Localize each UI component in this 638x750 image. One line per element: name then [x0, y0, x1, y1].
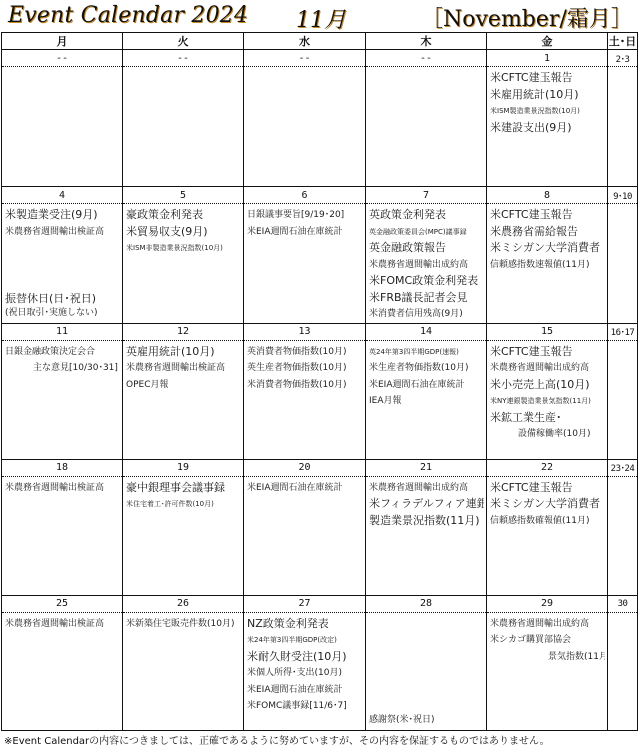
event-item: 米雇用統計(10月) — [490, 87, 605, 104]
event-item: 米製造業受注(9月) — [5, 207, 120, 224]
event-list — [608, 204, 637, 323]
date-cell-thu: 21 — [366, 459, 487, 476]
date-cell-tue: 26 — [123, 595, 244, 612]
date-cell-weekend: 30 — [608, 595, 638, 612]
event-item: 米消費者信用残高(9月) — [369, 306, 484, 323]
date-cell-tue: 19 — [123, 459, 244, 476]
event-list: 米農務省週間輸出検証高 — [2, 613, 122, 730]
day-cell-thu[interactable]: 英政策金利発表英金融政策委員会(MPC)議事録英金融政策報告米農務省週間輸出成約… — [366, 204, 487, 324]
date-row: 111213141516･17 — [2, 323, 638, 340]
day-cell-mon[interactable]: 米農務省週間輸出検証高 — [2, 612, 123, 730]
month-number: 11月 — [296, 3, 346, 34]
month-name-label: ［November/霜月］ — [421, 2, 633, 33]
day-cell-thu[interactable]: 米農務省週間輸出成約高米フィラデルフィア連銀製造業景況指数(11月) — [366, 476, 487, 595]
event-item: 米EIA週間石油在庫統計 — [247, 682, 363, 699]
event-item: OPEC月報 — [126, 377, 241, 394]
event-item: 米FOMC議事録[11/6･7] — [247, 698, 363, 715]
day-cell-tue[interactable]: 英雇用統計(10月)米農務省週間輸出検証高OPEC月報 — [123, 340, 244, 459]
event-item: 米農務省週間輸出検証高 — [126, 360, 241, 377]
event-list: 米農務省週間輸出成約高米フィラデルフィア連銀製造業景況指数(11月) — [366, 477, 486, 595]
day-cell-thu[interactable] — [366, 67, 487, 187]
date-row: 456789･10 — [2, 187, 638, 204]
weekday-fri: 金 — [487, 33, 608, 50]
day-cell-weekend[interactable] — [608, 340, 638, 459]
event-item: 豪中銀理事会議事録 — [126, 480, 241, 497]
date-cell-fri: 15 — [487, 323, 608, 340]
event-row: 米CFTC建玉報告米雇用統計(10月)米ISM製造業景況指数(10月)米建設支出… — [2, 67, 638, 187]
day-cell-mon[interactable] — [2, 67, 123, 187]
event-list: 米製造業受注(9月)米農務省週間輸出検証高振替休日(日･祝日)(祝日取引･実施し… — [2, 204, 122, 323]
day-cell-thu[interactable]: 英24年第3四半期GDP(速報)米生産者物価指数(10月)米EIA週間石油在庫統… — [366, 340, 487, 459]
event-list — [608, 477, 637, 595]
date-cell-weekend: 16･17 — [608, 323, 638, 340]
event-item: 米農務省需給報告 — [490, 224, 605, 241]
event-item: 設備稼働率(10月) — [490, 426, 605, 443]
event-item: 米農務省週間輸出成約高 — [490, 616, 605, 633]
event-row: 米農務省週間輸出検証高豪中銀理事会議事録米住宅着工･許可件数(10月)米EIA週… — [2, 476, 638, 595]
day-cell-thu[interactable]: 感謝祭(米･祝日) — [366, 612, 487, 730]
date-cell-weekend: 23･24 — [608, 459, 638, 476]
date-cell-wed: 13 — [244, 323, 366, 340]
event-item: 米フィラデルフィア連銀 — [369, 496, 484, 513]
date-cell-fri: 1 — [487, 50, 608, 67]
event-item: 製造業景況指数(11月) — [369, 513, 484, 530]
event-item: 米農務省週間輸出成約高 — [490, 360, 605, 377]
event-list: 英雇用統計(10月)米農務省週間輸出検証高OPEC月報 — [123, 341, 243, 459]
event-list: 米CFTC建玉報告米農務省週間輸出成約高米小売売上高(10月)米NY連銀製造業景… — [487, 341, 607, 459]
day-cell-fri[interactable]: 米CFTC建玉報告米ミシガン大学消費者信頼感指数確報値(11月) — [487, 476, 608, 595]
event-item: 米ISM製造業景況指数(10月) — [490, 103, 605, 120]
event-item: 米個人所得･支出(10月) — [247, 665, 363, 682]
day-cell-tue[interactable]: 米新築住宅販売件数(10月) — [123, 612, 244, 730]
event-item: 米ミシガン大学消費者 — [490, 240, 605, 257]
event-item: 英政策金利発表 — [369, 207, 484, 224]
event-item: 英金融政策委員会(MPC)議事録 — [369, 224, 484, 241]
event-item: 米CFTC建玉報告 — [490, 70, 605, 87]
day-cell-mon[interactable]: 日銀金融政策決定会合主な意見[10/30･31] — [2, 340, 123, 459]
event-item: 米ミシガン大学消費者 — [490, 496, 605, 513]
date-cell-thu: 28 — [366, 595, 487, 612]
weekday-weekend: 土･日 — [608, 33, 638, 50]
event-item: 米FRB議長記者会見 — [369, 290, 484, 307]
date-cell-thu: 7 — [366, 187, 487, 204]
date-cell-fri: 22 — [487, 459, 608, 476]
weekday-header-row: 月 火 水 木 金 土･日 — [2, 33, 638, 50]
event-list: 米CFTC建玉報告米雇用統計(10月)米ISM製造業景況指数(10月)米建設支出… — [487, 67, 607, 186]
event-item: 米シカゴ購買部協会 — [490, 632, 605, 649]
date-cell-wed: 6 — [244, 187, 366, 204]
calendar-title: Event Calendar 2024 — [8, 3, 248, 28]
day-cell-fri[interactable]: 米CFTC建玉報告米農務省週間輸出成約高米小売売上高(10月)米NY連銀製造業景… — [487, 340, 608, 459]
date-cell-mon: 25 — [2, 595, 123, 612]
event-item: 米消費者物価指数(10月) — [247, 377, 363, 394]
day-cell-mon[interactable]: 米農務省週間輸出検証高 — [2, 476, 123, 595]
event-item: 米建設支出(9月) — [490, 120, 605, 137]
event-item: 英雇用統計(10月) — [126, 344, 241, 361]
day-cell-fri[interactable]: 米CFTC建玉報告米農務省需給報告米ミシガン大学消費者信頼感指数速報値(11月) — [487, 204, 608, 324]
event-item: 日銀金融政策決定会合 — [5, 344, 120, 361]
event-list: 米農務省週間輸出成約高米シカゴ購買部協会景気指数(11月) — [487, 613, 607, 730]
event-list: 豪中銀理事会議事録米住宅着工･許可件数(10月) — [123, 477, 243, 595]
holiday-note-text: 感謝祭(米･祝日) — [369, 713, 435, 728]
date-cell-fri: 8 — [487, 187, 608, 204]
weekday-mon: 月 — [2, 33, 123, 50]
date-cell-weekend: 2･3 — [608, 50, 638, 67]
event-item: 信頼感指数確報値(11月) — [490, 513, 605, 530]
day-cell-tue[interactable] — [123, 67, 244, 187]
day-cell-weekend[interactable] — [608, 204, 638, 324]
event-item: 米新築住宅販売件数(10月) — [126, 616, 241, 633]
event-item: 米農務省週間輸出成約高 — [369, 480, 484, 497]
event-item: 米住宅着工･許可件数(10月) — [126, 496, 241, 513]
event-item: 米貿易収支(9月) — [126, 224, 241, 241]
holiday-note: 感謝祭(米･祝日) — [369, 713, 435, 728]
event-list: 感謝祭(米･祝日) — [366, 613, 486, 730]
event-list — [123, 67, 243, 186]
date-cell-tue: 5 — [123, 187, 244, 204]
event-item: IEA月報 — [369, 393, 484, 410]
date-row: --------12･3 — [2, 50, 638, 67]
event-row: 米農務省週間輸出検証高米新築住宅販売件数(10月)NZ政策金利発表米24年第3四… — [2, 612, 638, 730]
event-item: 信頼感指数速報値(11月) — [490, 257, 605, 274]
event-list — [608, 613, 637, 730]
day-cell-wed[interactable]: 米EIA週間石油在庫統計 — [244, 476, 366, 595]
event-item: 日銀議事要旨[9/19･20] — [247, 207, 363, 224]
event-row: 米製造業受注(9月)米農務省週間輸出検証高振替休日(日･祝日)(祝日取引･実施し… — [2, 204, 638, 324]
date-row: 181920212223･24 — [2, 459, 638, 476]
event-item: 米EIA週間石油在庫統計 — [247, 224, 363, 241]
event-list: 豪政策金利発表米貿易収支(9月)米ISM非製造業景況指数(10月) — [123, 204, 243, 323]
event-list — [366, 67, 486, 186]
date-cell-fri: 29 — [487, 595, 608, 612]
day-cell-weekend[interactable] — [608, 612, 638, 730]
event-list: 米CFTC建玉報告米ミシガン大学消費者信頼感指数確報値(11月) — [487, 477, 607, 595]
event-item: 米FOMC政策金利発表 — [369, 273, 484, 290]
event-item: 米ISM非製造業景況指数(10月) — [126, 240, 241, 257]
calendar-grid: 月 火 水 木 金 土･日 --------12･3米CFTC建玉報告米雇用統計… — [1, 32, 638, 731]
event-list: 英24年第3四半期GDP(速報)米生産者物価指数(10月)米EIA週間石油在庫統… — [366, 341, 486, 459]
weekday-thu: 木 — [366, 33, 487, 50]
event-list — [608, 341, 637, 459]
holiday-note-text: 振替休日(日･祝日) — [5, 291, 98, 306]
event-item: 豪政策金利発表 — [126, 207, 241, 224]
event-item: 米農務省週間輸出検証高 — [5, 224, 120, 241]
day-cell-wed[interactable]: 英消費者物価指数(10月)英生産者物価指数(10月)米消費者物価指数(10月) — [244, 340, 366, 459]
event-list: 米新築住宅販売件数(10月) — [123, 613, 243, 730]
event-item: 米農務省週間輸出検証高 — [5, 616, 120, 633]
event-list: 日銀議事要旨[9/19･20]米EIA週間石油在庫統計 — [244, 204, 365, 323]
day-cell-fri[interactable]: 米CFTC建玉報告米雇用統計(10月)米ISM製造業景況指数(10月)米建設支出… — [487, 67, 608, 187]
event-list: 米CFTC建玉報告米農務省需給報告米ミシガン大学消費者信頼感指数速報値(11月) — [487, 204, 607, 323]
weekday-tue: 火 — [123, 33, 244, 50]
event-list: 米農務省週間輸出検証高 — [2, 477, 122, 595]
day-cell-mon[interactable]: 米製造業受注(9月)米農務省週間輸出検証高振替休日(日･祝日)(祝日取引･実施し… — [2, 204, 123, 324]
event-item: 米生産者物価指数(10月) — [369, 360, 484, 377]
date-cell-thu: -- — [366, 50, 487, 67]
event-list — [2, 67, 122, 186]
date-cell-mon: 11 — [2, 323, 123, 340]
event-item: 米CFTC建玉報告 — [490, 344, 605, 361]
event-item: 英24年第3四半期GDP(速報) — [369, 344, 484, 361]
event-item: 英金融政策報告 — [369, 240, 484, 257]
date-cell-mon: 4 — [2, 187, 123, 204]
date-cell-tue: 12 — [123, 323, 244, 340]
date-row: 252627282930 — [2, 595, 638, 612]
day-cell-wed[interactable]: NZ政策金利発表米24年第3四半期GDP(改定)米耐久財受注(10月)米個人所得… — [244, 612, 366, 730]
event-list: NZ政策金利発表米24年第3四半期GDP(改定)米耐久財受注(10月)米個人所得… — [244, 613, 365, 730]
date-cell-tue: -- — [123, 50, 244, 67]
event-row: 日銀金融政策決定会合主な意見[10/30･31]英雇用統計(10月)米農務省週間… — [2, 340, 638, 459]
event-item: 米小売売上高(10月) — [490, 377, 605, 394]
holiday-note-text: (祝日取引･実施しない) — [5, 306, 98, 321]
event-item: 主な意見[10/30･31] — [5, 360, 120, 377]
event-item: NZ政策金利発表 — [247, 616, 363, 633]
day-cell-weekend[interactable] — [608, 476, 638, 595]
disclaimer-note: ※Event Calendarの内容につきましては、正確であるように努めています… — [4, 732, 550, 747]
event-list: 米EIA週間石油在庫統計 — [244, 477, 365, 595]
date-cell-wed: 20 — [244, 459, 366, 476]
holiday-note: 振替休日(日･祝日)(祝日取引･実施しない) — [5, 291, 98, 321]
event-item: 米24年第3四半期GDP(改定) — [247, 632, 363, 649]
day-cell-tue[interactable]: 豪中銀理事会議事録米住宅着工･許可件数(10月) — [123, 476, 244, 595]
event-list — [608, 67, 637, 186]
event-item: 米EIA週間石油在庫統計 — [247, 480, 363, 497]
date-cell-mon: -- — [2, 50, 123, 67]
date-cell-wed: -- — [244, 50, 366, 67]
event-list: 英政策金利発表英金融政策委員会(MPC)議事録英金融政策報告米農務省週間輸出成約… — [366, 204, 486, 323]
day-cell-wed[interactable]: 日銀議事要旨[9/19･20]米EIA週間石油在庫統計 — [244, 204, 366, 324]
event-list — [244, 67, 365, 186]
event-item: 米CFTC建玉報告 — [490, 480, 605, 497]
event-item: 米鉱工業生産･ — [490, 410, 605, 427]
event-item: 米EIA週間石油在庫統計 — [369, 377, 484, 394]
event-item: 英生産者物価指数(10月) — [247, 360, 363, 377]
date-cell-wed: 27 — [244, 595, 366, 612]
date-cell-mon: 18 — [2, 459, 123, 476]
event-item: 米耐久財受注(10月) — [247, 649, 363, 666]
date-cell-thu: 14 — [366, 323, 487, 340]
day-cell-fri[interactable]: 米農務省週間輸出成約高米シカゴ購買部協会景気指数(11月) — [487, 612, 608, 730]
event-item: 英消費者物価指数(10月) — [247, 344, 363, 361]
date-cell-weekend: 9･10 — [608, 187, 638, 204]
day-cell-wed[interactable] — [244, 67, 366, 187]
day-cell-tue[interactable]: 豪政策金利発表米貿易収支(9月)米ISM非製造業景況指数(10月) — [123, 204, 244, 324]
event-item: 米農務省週間輸出成約高 — [369, 257, 484, 274]
title-bar: Event Calendar 2024 11月 ［November/霜月］ — [0, 0, 638, 32]
event-item: 米NY連銀製造業景気指数(11月) — [490, 393, 605, 410]
weekday-wed: 水 — [244, 33, 366, 50]
event-list: 英消費者物価指数(10月)英生産者物価指数(10月)米消費者物価指数(10月) — [244, 341, 365, 459]
event-item: 景気指数(11月) — [490, 649, 605, 666]
event-item: 米農務省週間輸出検証高 — [5, 480, 120, 497]
event-list: 日銀金融政策決定会合主な意見[10/30･31] — [2, 341, 122, 459]
event-item: 米CFTC建玉報告 — [490, 207, 605, 224]
day-cell-weekend[interactable] — [608, 67, 638, 187]
